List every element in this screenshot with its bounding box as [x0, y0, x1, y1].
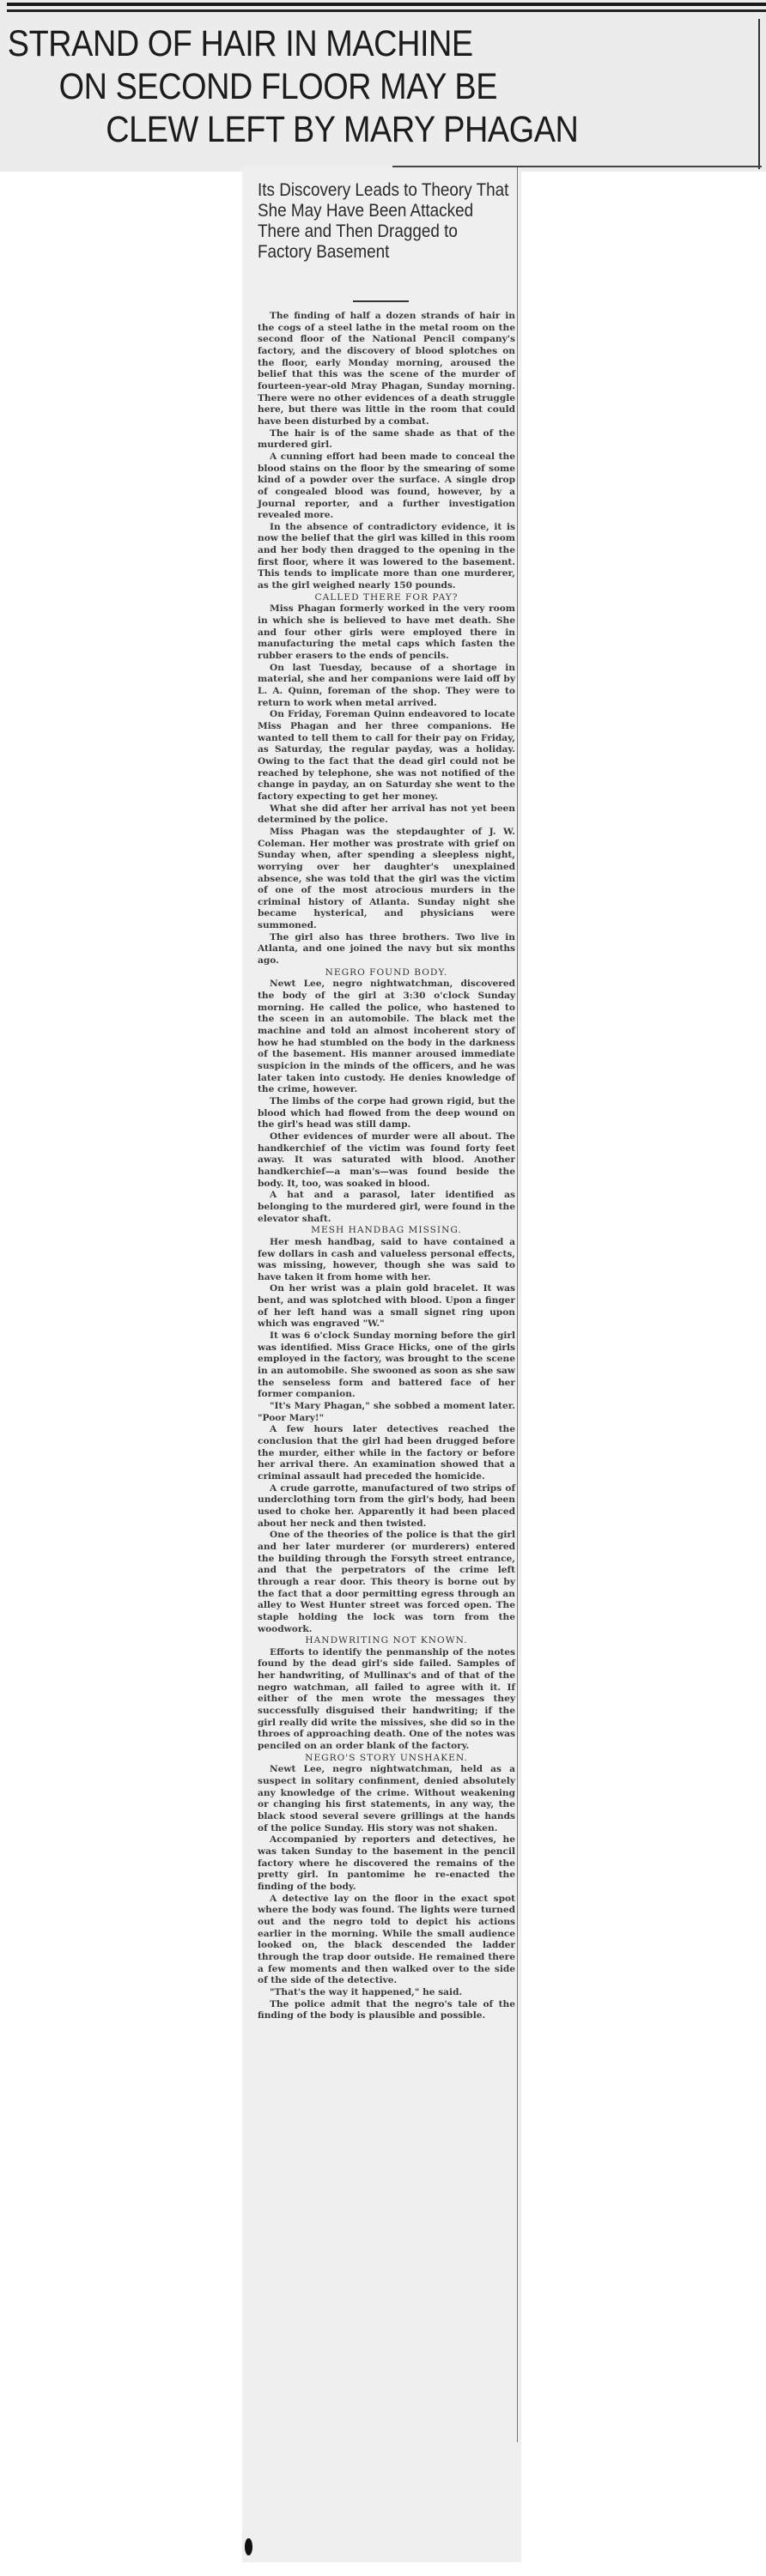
paragraph: A hat and a parasol, later identified as…	[258, 1190, 515, 1225]
paragraph: A few hours later detectives reached the…	[258, 1424, 515, 1482]
deck-subheadline: Its Discovery Leads to Theory That She M…	[258, 180, 513, 263]
section-heading: NEGRO FOUND BODY.	[258, 967, 515, 979]
paragraph: Newt Lee, negro nightwatchman, discovere…	[258, 979, 515, 1096]
headline-column-rule	[758, 19, 760, 169]
headline-line-2: ON SECOND FLOOR MAY BE	[0, 65, 665, 108]
paragraph: Other evidences of murder were all about…	[258, 1131, 515, 1190]
top-rule	[7, 3, 766, 6]
paragraph: The hair is of the same shade as that of…	[258, 428, 515, 452]
section-heading: NEGRO'S STORY UNSHAKEN.	[258, 1753, 515, 1765]
section-heading: HANDWRITING NOT KNOWN.	[258, 1635, 515, 1647]
paragraph: A detective lay on the floor in the exac…	[258, 1894, 515, 1987]
article-sections: CALLED THERE FOR PAY?Miss Phagan formerl…	[258, 592, 515, 2022]
paragraph: In the absence of contradictory evidence…	[258, 522, 515, 592]
paragraph: It was 6 o'clock Sunday morning before t…	[258, 1330, 515, 1401]
article-intro: The finding of half a dozen strands of h…	[258, 311, 515, 592]
headline-line-1: STRAND OF HAIR IN MACHINE	[0, 22, 665, 65]
headline-line-3: CLEW LEFT BY MARY PHAGAN	[0, 108, 665, 151]
paragraph: One of the theories of the police is tha…	[258, 1530, 515, 1635]
paragraph: "It's Mary Phagan," she sobbed a moment …	[258, 1401, 515, 1424]
section-heading: CALLED THERE FOR PAY?	[258, 592, 515, 604]
paragraph: "That's the way it happened," he said.	[258, 1987, 515, 1999]
paragraph: The limbs of the corpe had grown rigid, …	[258, 1096, 515, 1131]
paragraph: What she did after her arrival has not y…	[258, 803, 515, 827]
paragraph: The girl also has three brothers. Two li…	[258, 932, 515, 967]
paragraph: A crude garrotte, manufactured of two st…	[258, 1483, 515, 1530]
paragraph: Accompanied by reporters and detectives,…	[258, 1834, 515, 1893]
section-heading: MESH HANDBAG MISSING.	[258, 1225, 515, 1237]
column-rule	[517, 167, 518, 2442]
paragraph: Newt Lee, negro nightwatchman, held as a…	[258, 1764, 515, 1834]
paragraph: Miss Phagan formerly worked in the very …	[258, 603, 515, 662]
headline-block: STRAND OF HAIR IN MACHINE ON SECOND FLOO…	[0, 0, 766, 172]
deck-rule	[353, 300, 409, 302]
paragraph: The finding of half a dozen strands of h…	[258, 311, 515, 428]
paragraph: The police admit that the negro's tale o…	[258, 1999, 515, 2022]
ink-blot	[245, 2538, 252, 2555]
top-rule-secondary	[7, 9, 766, 12]
paragraph: On last Tuesday, because of a shortage i…	[258, 663, 515, 710]
headline: STRAND OF HAIR IN MACHINE ON SECOND FLOO…	[0, 22, 665, 151]
paragraph: Miss Phagan was the stepdaughter of J. W…	[258, 827, 515, 932]
paragraph: On Friday, Foreman Quinn endeavored to l…	[258, 709, 515, 803]
paragraph: Efforts to identify the penmanship of th…	[258, 1647, 515, 1753]
paragraph: A cunning effort had been made to concea…	[258, 452, 515, 522]
paragraph: On her wrist was a plain gold bracelet. …	[258, 1283, 515, 1330]
article-body: The finding of half a dozen strands of h…	[258, 311, 515, 2022]
paragraph: Her mesh handbag, said to have contained…	[258, 1237, 515, 1284]
